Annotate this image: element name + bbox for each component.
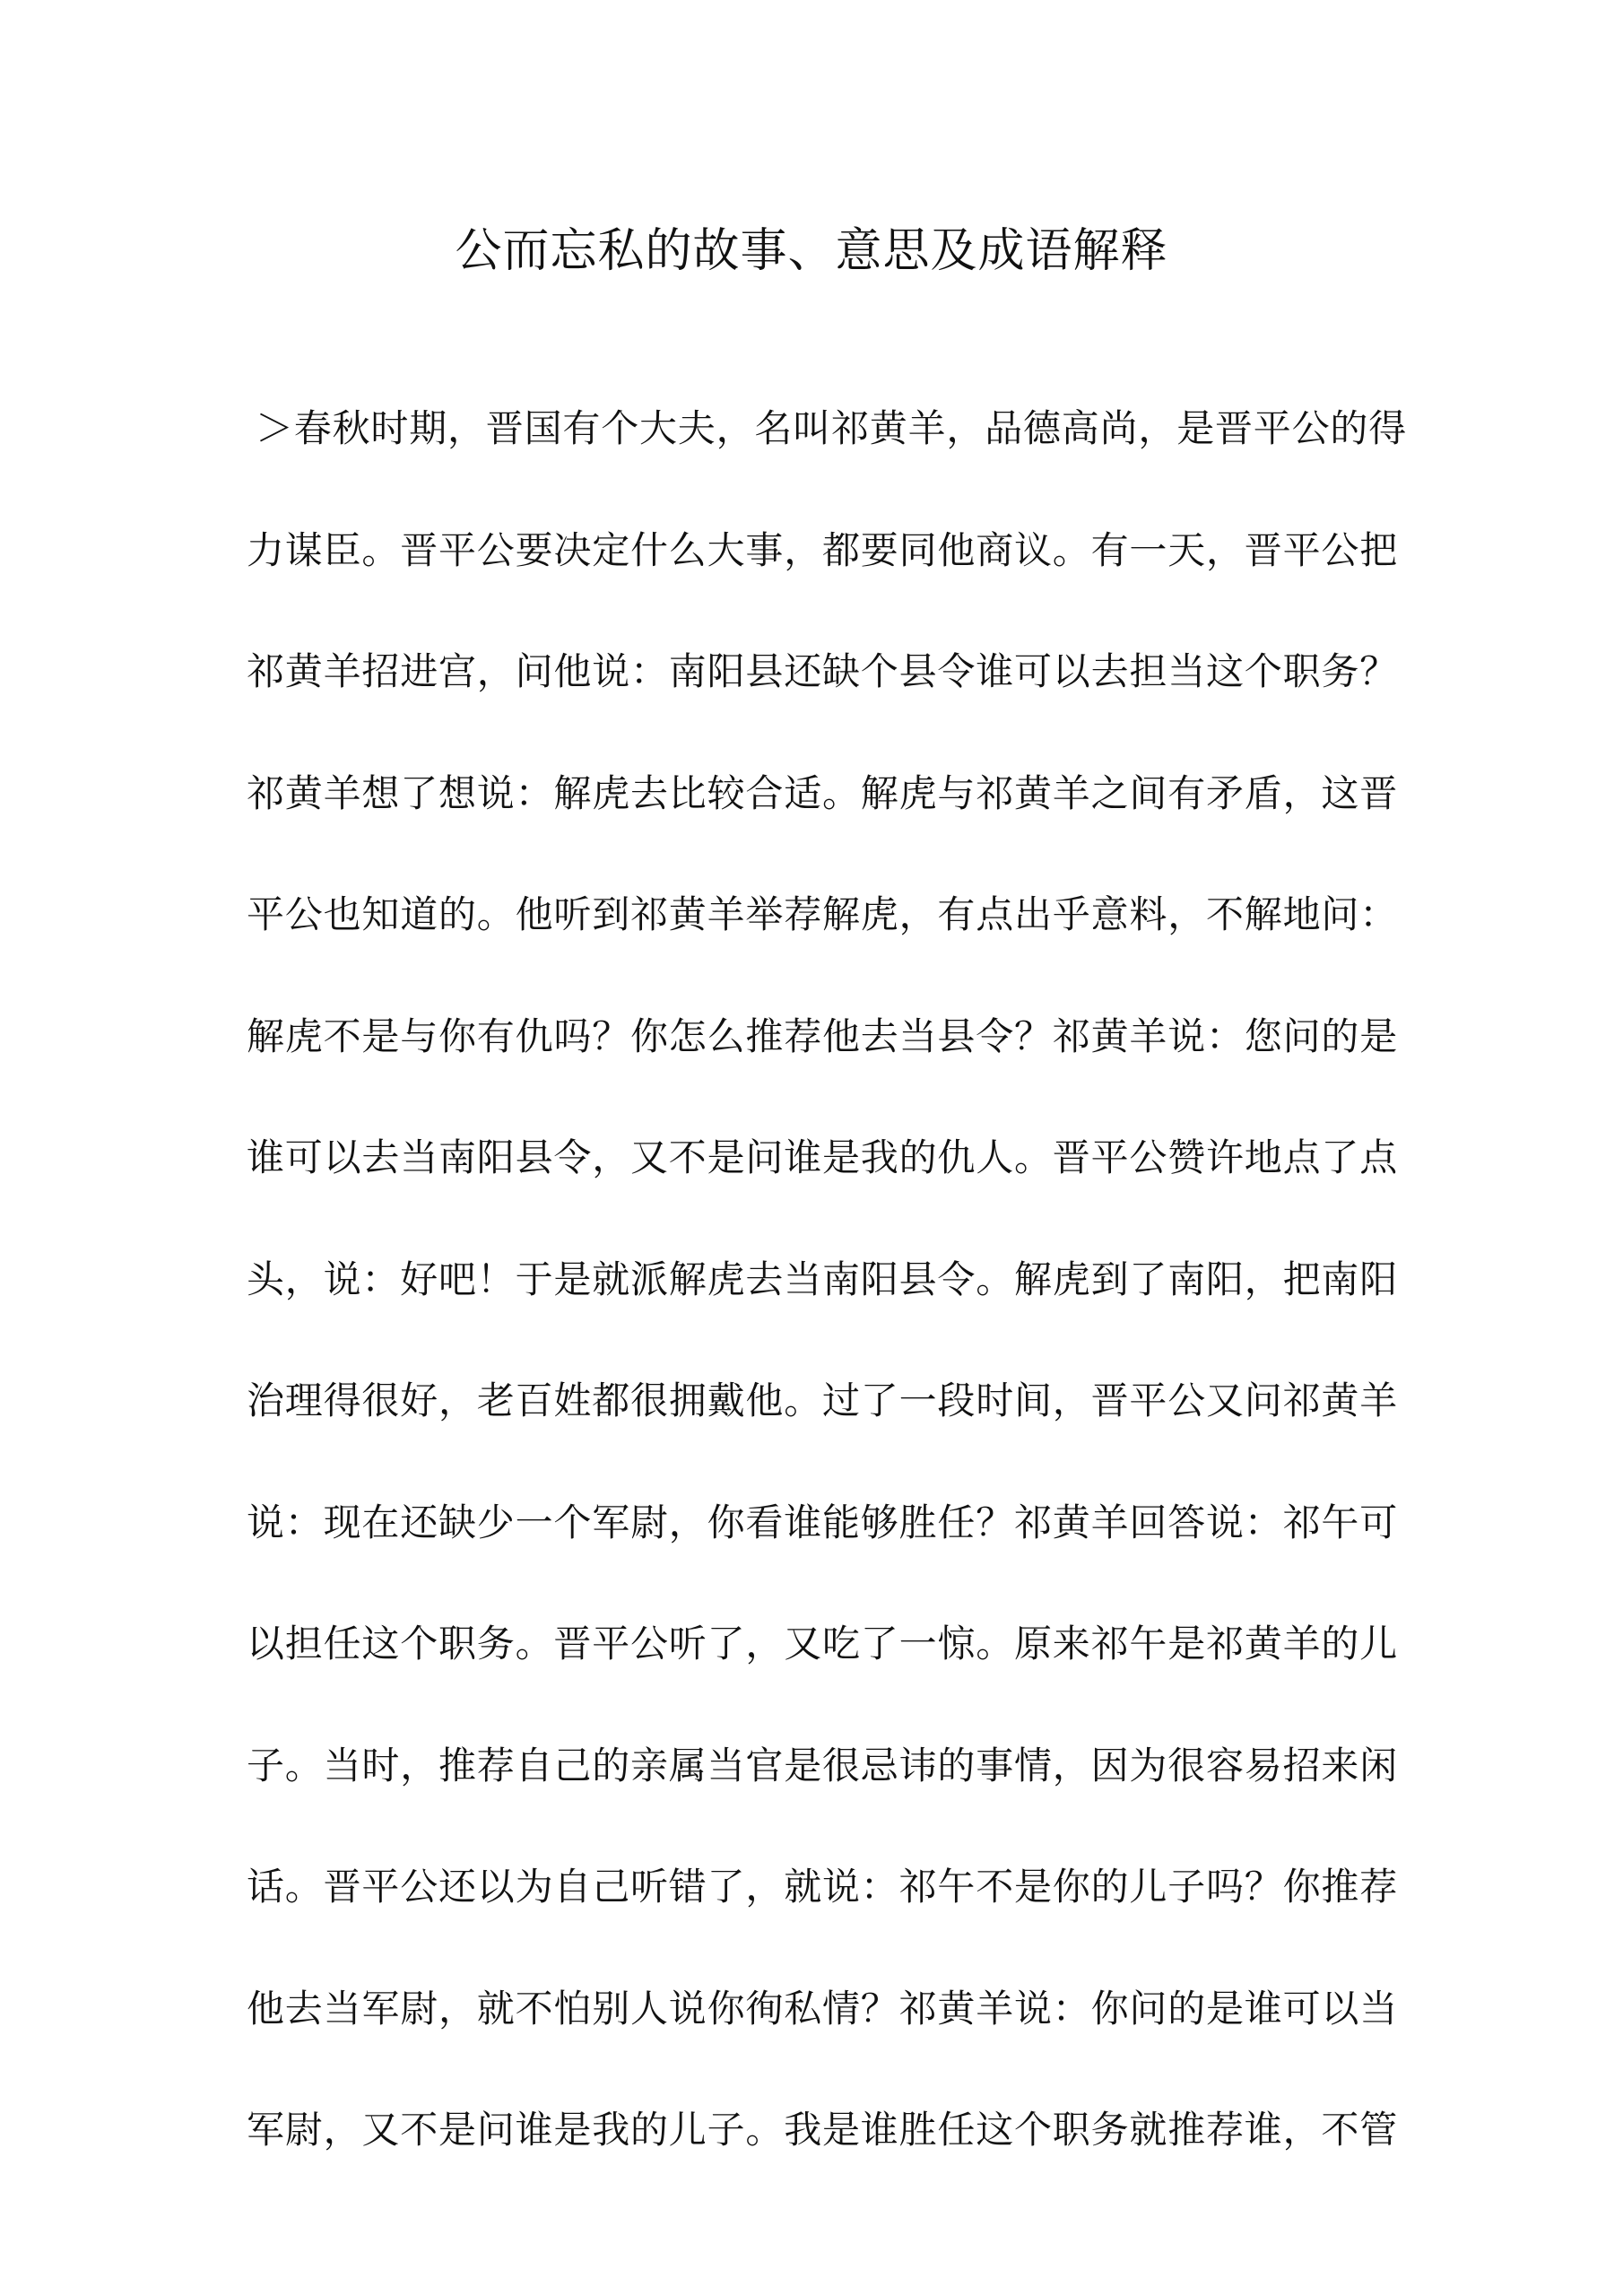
document-page: 公而忘私的故事、意思及成语解释 ＞春秋时期，晋国有个大夫，名叫祁黄羊，品德高尚，… [0, 0, 1623, 2296]
document-body: ＞春秋时期，晋国有个大夫，名叫祁黄羊，品德高尚，是晋平公的得 力谋臣。晋平公要决… [247, 402, 1412, 2225]
body-line: 解虎不是与你有仇吗？你怎么推荐他去当县令？祁黄羊说：您问的是 [247, 1010, 1412, 1132]
body-line: 平公也知道的。他听到祁黄羊举荐解虎，有点出乎意料，不解地问： [247, 888, 1412, 1010]
body-line: 话。晋平公还以为自己听错了，就说：祁午不是你的儿子吗？你推荐 [247, 1860, 1412, 1982]
body-line: 祁黄羊招进宫，问他说：南阳县还缺个县令谁可以去担当这个职务？ [247, 645, 1412, 767]
body-line: 说：现在还缺少一个军尉，你看谁能够胜任？祁黄羊回答说：祁午可 [247, 1496, 1412, 1618]
body-line: 他去当军尉，就不怕别人说你徇私情？祁黄羊说：你问的是谁可以当 [247, 1982, 1412, 2104]
body-line: 谁可以去当南阳县令，又不是问谁是我的仇人。晋平公赞许地点了点 [247, 1131, 1412, 1253]
body-line: ＞春秋时期，晋国有个大夫，名叫祁黄羊，品德高尚，是晋平公的得 [247, 402, 1412, 524]
body-line: 以担任这个职务。晋平公听了，又吃了一惊。原来祁午是祁黄羊的儿 [247, 1617, 1412, 1739]
body-line: 治理得很好，老百姓都很拥戴他。过了一段时间，晋平公又问祁黄羊 [247, 1374, 1412, 1496]
body-line: 头，说：好吧！于是就派解虎去当南阳县令。解虎到了南阳，把南阳 [247, 1253, 1412, 1375]
body-line: 祁黄羊想了想说：解虎去比较合适。解虎与祁黄羊之间有矛盾，这晋 [247, 767, 1412, 889]
body-line: 力谋臣。晋平公要决定什么大事，都要同他商议。有一天，晋平公把 [247, 524, 1412, 646]
document-title: 公而忘私的故事、意思及成语解释 [0, 219, 1623, 283]
body-line: 子。当时，推荐自己的亲属当官是很忌讳的事情，因为很容易招来闲 [247, 1739, 1412, 1861]
body-line: 军尉，又不是问谁是我的儿子。我是谁胜任这个职务就推荐谁，不管 [247, 2103, 1412, 2225]
